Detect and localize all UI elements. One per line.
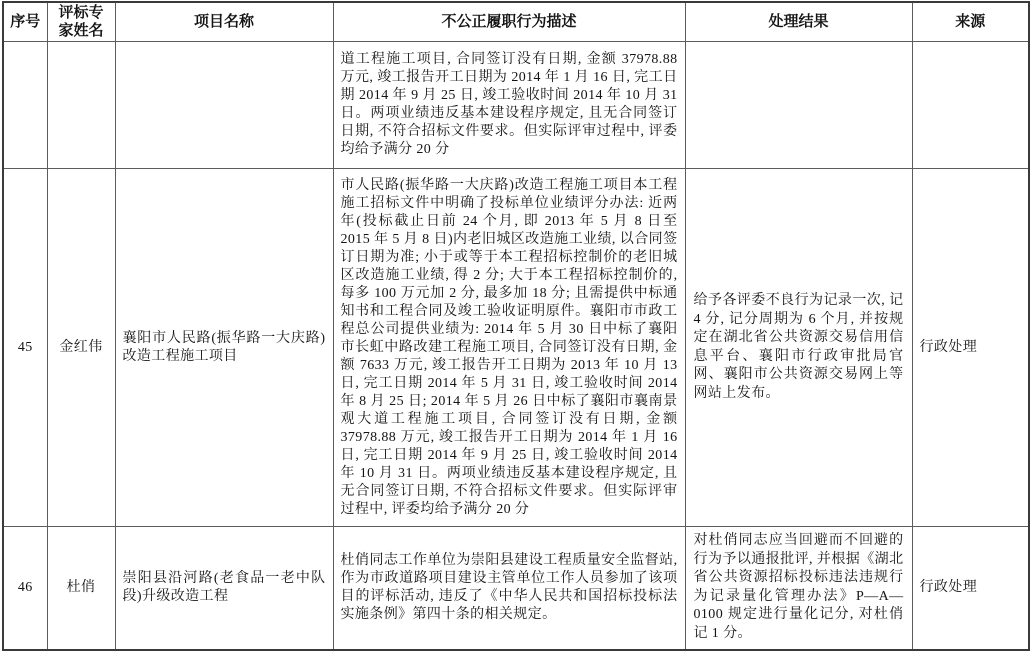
table-row-continued: 道工程施工项目, 合同签订没有日期, 金额 37978.88 万元, 竣工报告开… — [3, 42, 1029, 169]
cell-source: 行政处理 — [912, 527, 1029, 650]
table-row-46: 46 杜俏 崇阳县沿河路(老食品一老中队段)升级改造工程 杜俏同志工作单位为崇阳… — [3, 527, 1029, 650]
cell-misconduct-description: 道工程施工项目, 合同签订没有日期, 金额 37978.88 万元, 竣工报告开… — [333, 42, 685, 169]
col-header-misconduct-description: 不公正履职行为描述 — [333, 2, 685, 42]
expert-misconduct-table: 序号 评标专 家姓名 项目名称 不公正履职行为描述 处理结果 来源 道工程施工项… — [2, 1, 1030, 650]
cell-handling-result — [685, 42, 912, 169]
col-header-expert-name: 评标专 家姓名 — [47, 2, 115, 42]
cell-handling-result: 给予各评委不良行为记录一次, 记 4 分, 记分周期为 6 个月, 并按规定在湖… — [685, 169, 912, 527]
cell-project-name: 崇阳县沿河路(老食品一老中队段)升级改造工程 — [115, 527, 333, 650]
cell-expert-name: 杜俏 — [47, 527, 115, 650]
cell-expert-name — [47, 42, 115, 169]
table-header-row: 序号 评标专 家姓名 项目名称 不公正履职行为描述 处理结果 来源 — [3, 2, 1029, 42]
cell-project-name: 襄阳市人民路(振华路一大庆路)改造工程施工项目 — [115, 169, 333, 527]
cell-serial: 46 — [3, 527, 47, 650]
cell-serial — [3, 42, 47, 169]
col-header-serial: 序号 — [3, 2, 47, 42]
cell-misconduct-description: 市人民路(振华路一大庆路)改造工程施工项目本工程施工招标文件中明确了投标单位业绩… — [333, 169, 685, 527]
col-header-handling-result: 处理结果 — [685, 2, 912, 42]
cell-source — [912, 42, 1029, 169]
col-header-source: 来源 — [912, 2, 1029, 42]
cell-expert-name: 金红伟 — [47, 169, 115, 527]
table-row-45: 45 金红伟 襄阳市人民路(振华路一大庆路)改造工程施工项目 市人民路(振华路一… — [3, 169, 1029, 527]
cell-misconduct-description: 杜俏同志工作单位为崇阳县建设工程质量安全监督站, 作为市政道路项目建设主管单位工… — [333, 527, 685, 650]
cell-serial: 45 — [3, 169, 47, 527]
cell-source: 行政处理 — [912, 169, 1029, 527]
col-header-project-name: 项目名称 — [115, 2, 333, 42]
cell-project-name — [115, 42, 333, 169]
cell-handling-result: 对杜俏同志应当回避而不回避的行为予以通报批评, 并根据《湖北省公共资源招标投标违… — [685, 527, 912, 650]
